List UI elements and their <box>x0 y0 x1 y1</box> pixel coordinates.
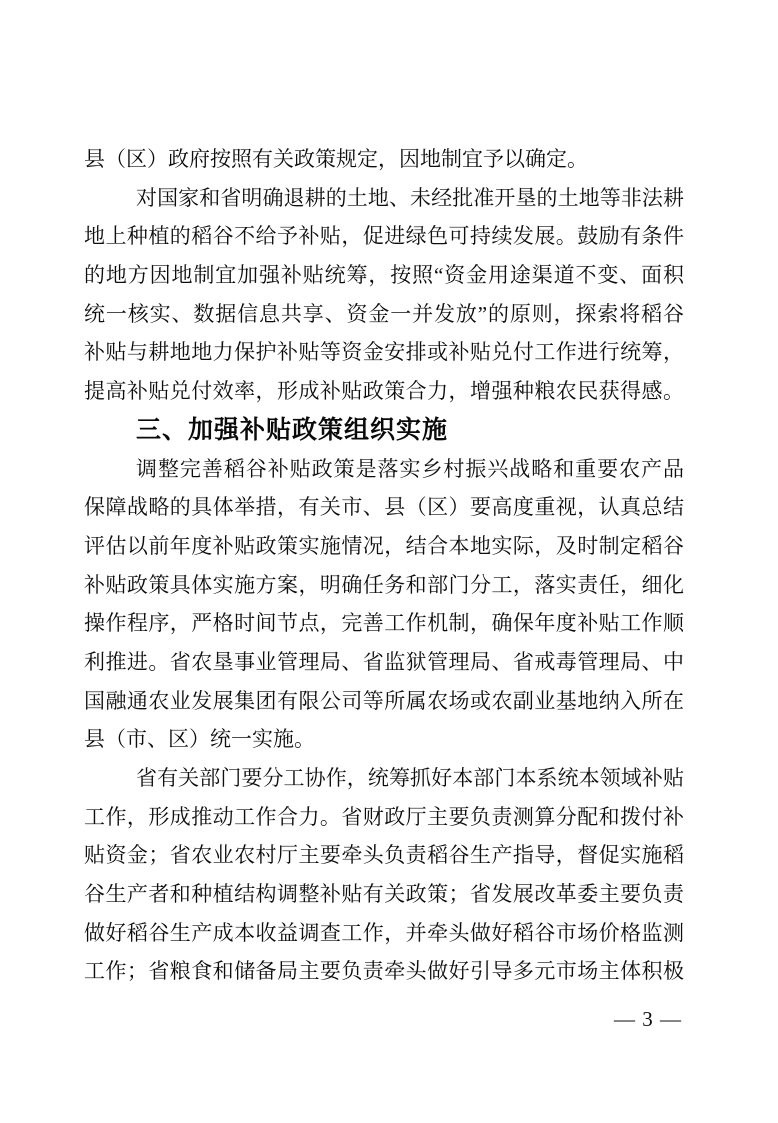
text-line: 提高补贴兑付效率，形成补贴政策合力，增强种粮农民获得感。 <box>84 372 684 411</box>
page-number: — 3 — <box>614 1004 682 1034</box>
text-line: 地上种植的稻谷不给予补贴，促进绿色可持续发展。鼓励有条件 <box>84 217 684 256</box>
text-line: 利推进。省农垦事业管理局、省监狱管理局、省戒毒管理局、中 <box>84 643 684 682</box>
text-line: 补贴政策具体实施方案，明确任务和部门分工，落实责任，细化 <box>84 566 684 605</box>
text-line: 做好稻谷生产成本收益调查工作，并牵头做好稻谷市场价格监测 <box>84 914 684 953</box>
text-line: 工作；省粮食和储备局主要负责牵头做好引导多元市场主体积极 <box>84 952 684 991</box>
text-line: 对国家和省明确退耕的土地、未经批准开垦的土地等非法耕 <box>84 179 684 218</box>
document-body: 县（区）政府按照有关政策规定，因地制宜予以确定。对国家和省明确退耕的土地、未经批… <box>84 140 684 991</box>
section-heading: 三、加强补贴政策组织实施 <box>84 411 684 450</box>
text-line: 的地方因地制宜加强补贴统筹，按照“资金用途渠道不变、面积 <box>84 256 684 295</box>
text-line: 评估以前年度补贴政策实施情况，结合本地实际，及时制定稻谷 <box>84 527 684 566</box>
text-line: 县（市、区）统一实施。 <box>84 720 684 759</box>
text-line: 操作程序，严格时间节点，完善工作机制，确保年度补贴工作顺 <box>84 604 684 643</box>
text-line: 贴资金；省农业农村厅主要牵头负责稻谷生产指导，督促实施稻 <box>84 836 684 875</box>
text-line: 省有关部门要分工协作，统筹抓好本部门本系统本领域补贴 <box>84 759 684 798</box>
text-line: 工作，形成推动工作合力。省财政厅主要负责测算分配和拨付补 <box>84 798 684 837</box>
text-line: 调整完善稻谷补贴政策是落实乡村振兴战略和重要农产品 <box>84 450 684 489</box>
text-line: 保障战略的具体举措，有关市、县（区）要高度重视，认真总结 <box>84 488 684 527</box>
text-line: 统一核实、数据信息共享、资金一并发放”的原则，探索将稻谷 <box>84 295 684 334</box>
document-page: 县（区）政府按照有关政策规定，因地制宜予以确定。对国家和省明确退耕的土地、未经批… <box>0 0 778 1123</box>
text-line: 补贴与耕地地力保护补贴等资金安排或补贴兑付工作进行统筹， <box>84 333 684 372</box>
text-line: 国融通农业发展集团有限公司等所属农场或农副业基地纳入所在 <box>84 682 684 721</box>
text-line: 县（区）政府按照有关政策规定，因地制宜予以确定。 <box>84 140 684 179</box>
text-line: 谷生产者和种植结构调整补贴有关政策；省发展改革委主要负责 <box>84 875 684 914</box>
